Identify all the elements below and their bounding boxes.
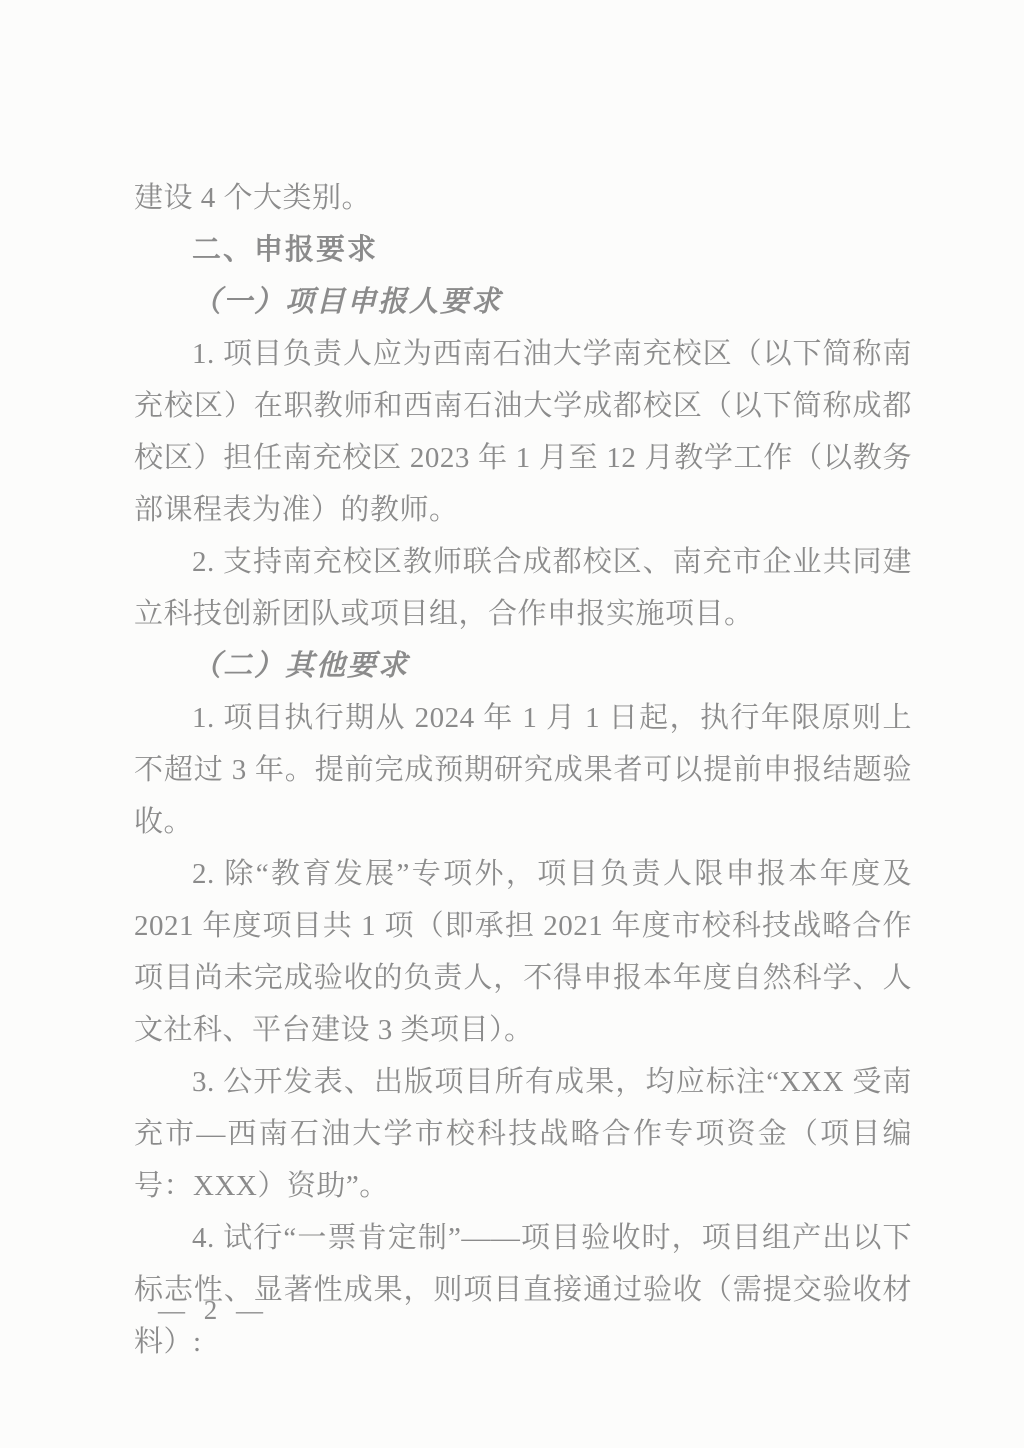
document-page: 建设 4 个大类别。 二、申报要求 （一）项目申报人要求 1. 项目负责人应为西… [0, 0, 1024, 1448]
paragraph-other-item-3: 3. 公开发表、出版项目所有成果，均应标注“XXX 受南充市—西南石油大学市校科… [134, 1056, 912, 1212]
page-number: — 2 — [158, 1295, 269, 1326]
subsection-heading-1: （一）项目申报人要求 [134, 276, 912, 328]
paragraph-applicant-item-1: 1. 项目负责人应为西南石油大学南充校区（以下简称南充校区）在职教师和西南石油大… [134, 328, 912, 536]
paragraph-other-item-1: 1. 项目执行期从 2024 年 1 月 1 日起，执行年限原则上不超过 3 年… [134, 692, 912, 848]
paragraph-other-item-4: 4. 试行“一票肯定制”——项目验收时，项目组产出以下标志性、显著性成果，则项目… [134, 1212, 912, 1368]
paragraph-continuation: 建设 4 个大类别。 [134, 172, 912, 224]
paragraph-applicant-item-2: 2. 支持南充校区教师联合成都校区、南充市企业共同建立科技创新团队或项目组，合作… [134, 536, 912, 640]
section-heading-2: 二、申报要求 [134, 224, 912, 276]
document-body: 建设 4 个大类别。 二、申报要求 （一）项目申报人要求 1. 项目负责人应为西… [134, 172, 912, 1368]
subsection-heading-2: （二）其他要求 [134, 640, 912, 692]
paragraph-other-item-2: 2. 除“教育发展”专项外，项目负责人限申报本年度及 2021 年度项目共 1 … [134, 848, 912, 1056]
